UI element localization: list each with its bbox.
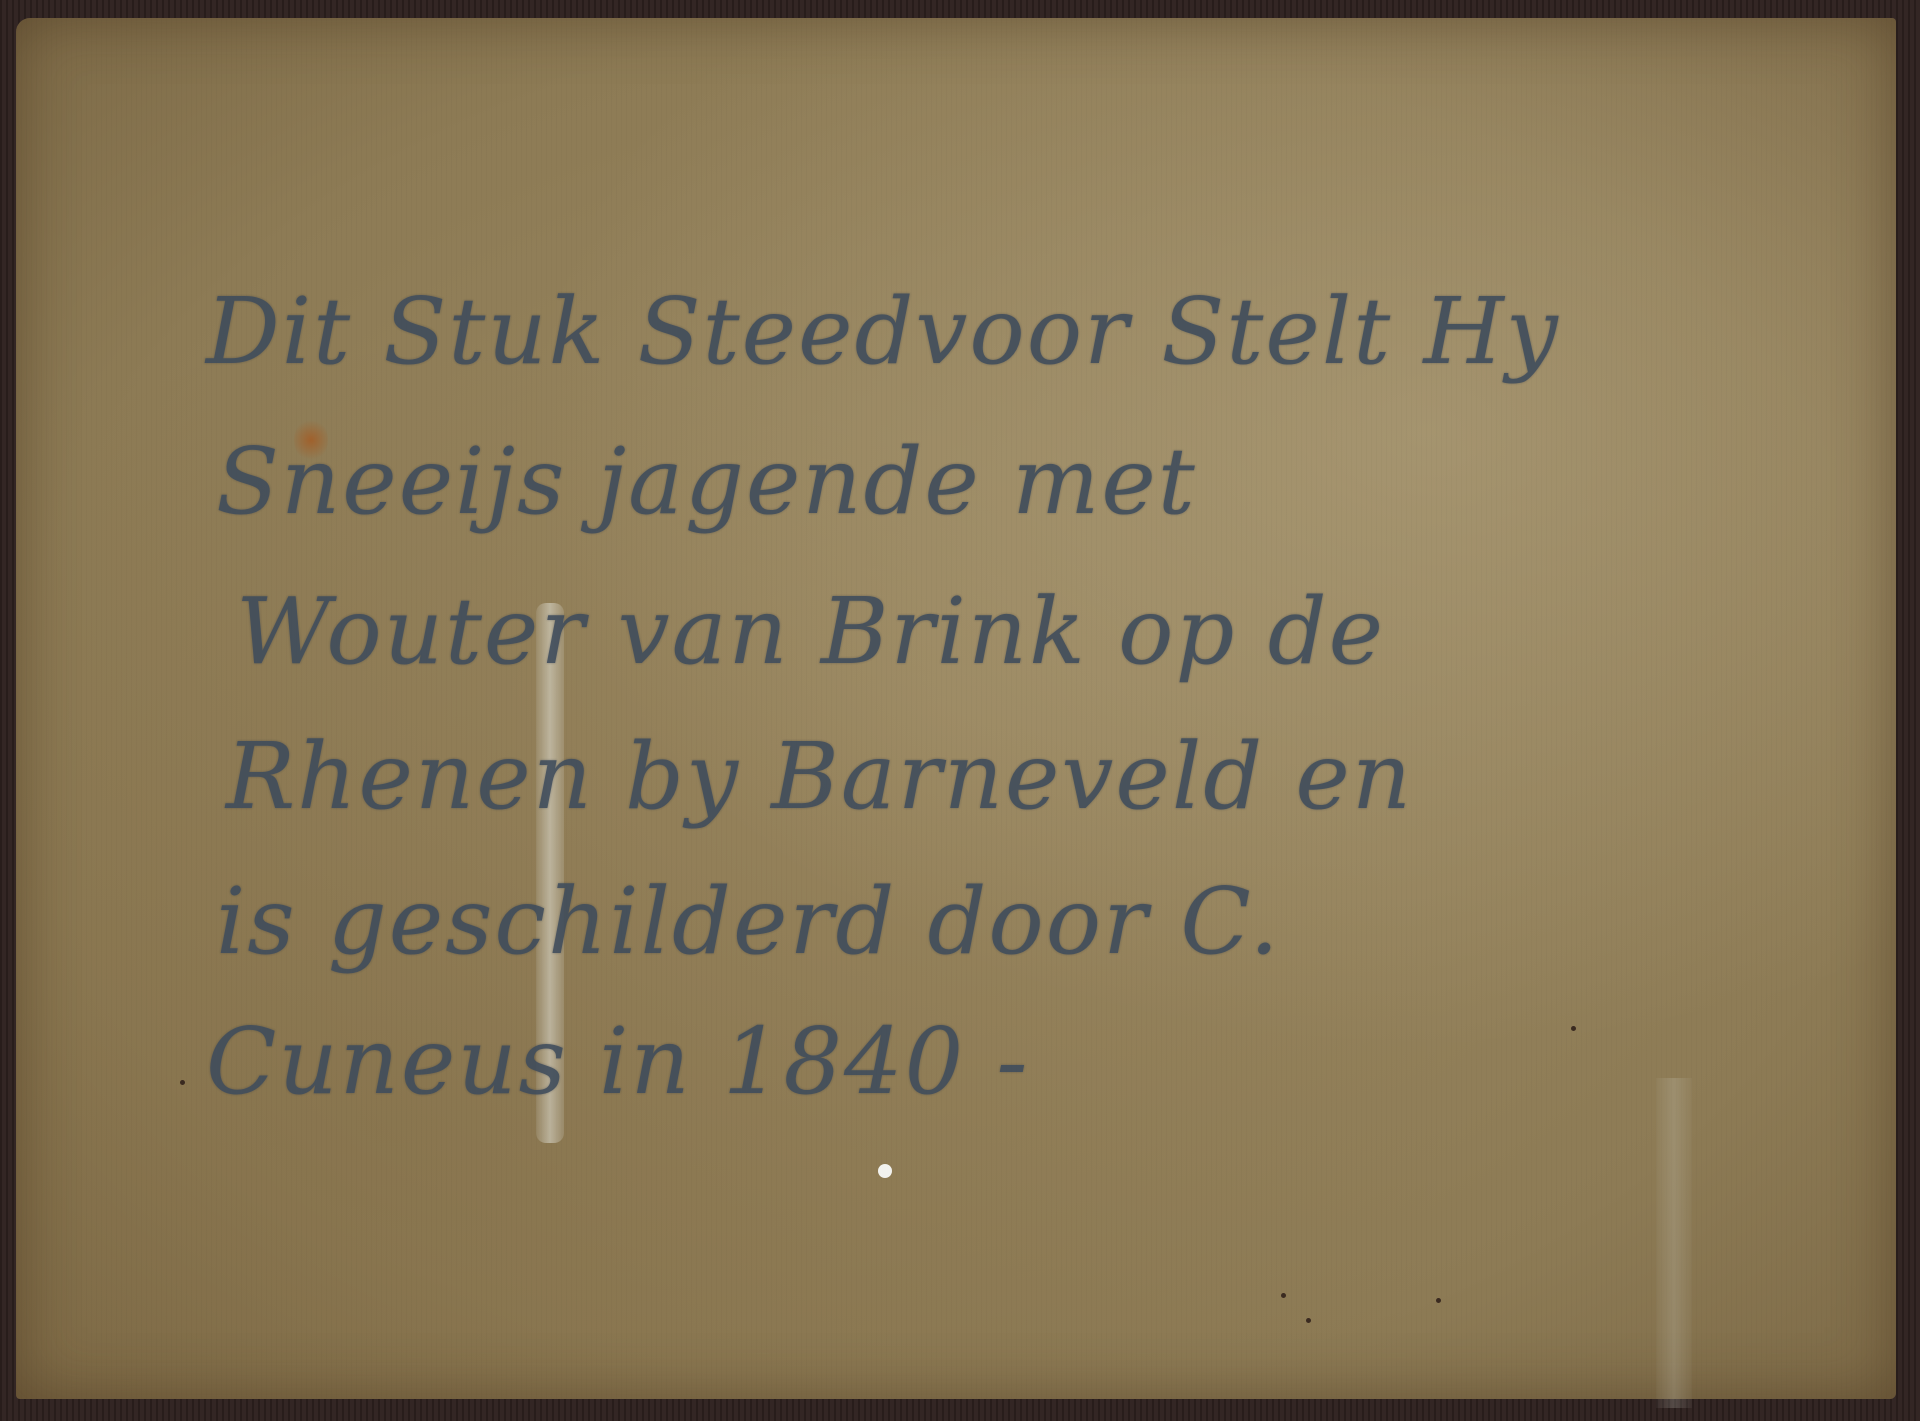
text-line-3: Wouter van Brink op de [236, 578, 1385, 685]
pin-hole [878, 1164, 892, 1178]
text-line-2: Sneeijs jagende met [216, 428, 1197, 535]
tape-strip-faint [1656, 1078, 1692, 1408]
ink-speck [1281, 1293, 1286, 1298]
text-line-5: is geschilderd door C. [216, 868, 1281, 975]
ink-speck [1571, 1026, 1576, 1031]
text-line-1: Dit Stuk Steedvoor Stelt Hy [206, 278, 1560, 385]
paper-sheet: Dit Stuk Steedvoor Stelt Hy Sneeijs jage… [16, 18, 1896, 1399]
text-line-4: Rhenen by Barneveld en [226, 723, 1413, 830]
paper-texture [16, 18, 1896, 1399]
ink-speck [1306, 1318, 1311, 1323]
ink-speck [1436, 1298, 1441, 1303]
text-line-6: Cuneus in 1840 - [206, 1008, 1029, 1115]
ink-speck [180, 1080, 185, 1085]
